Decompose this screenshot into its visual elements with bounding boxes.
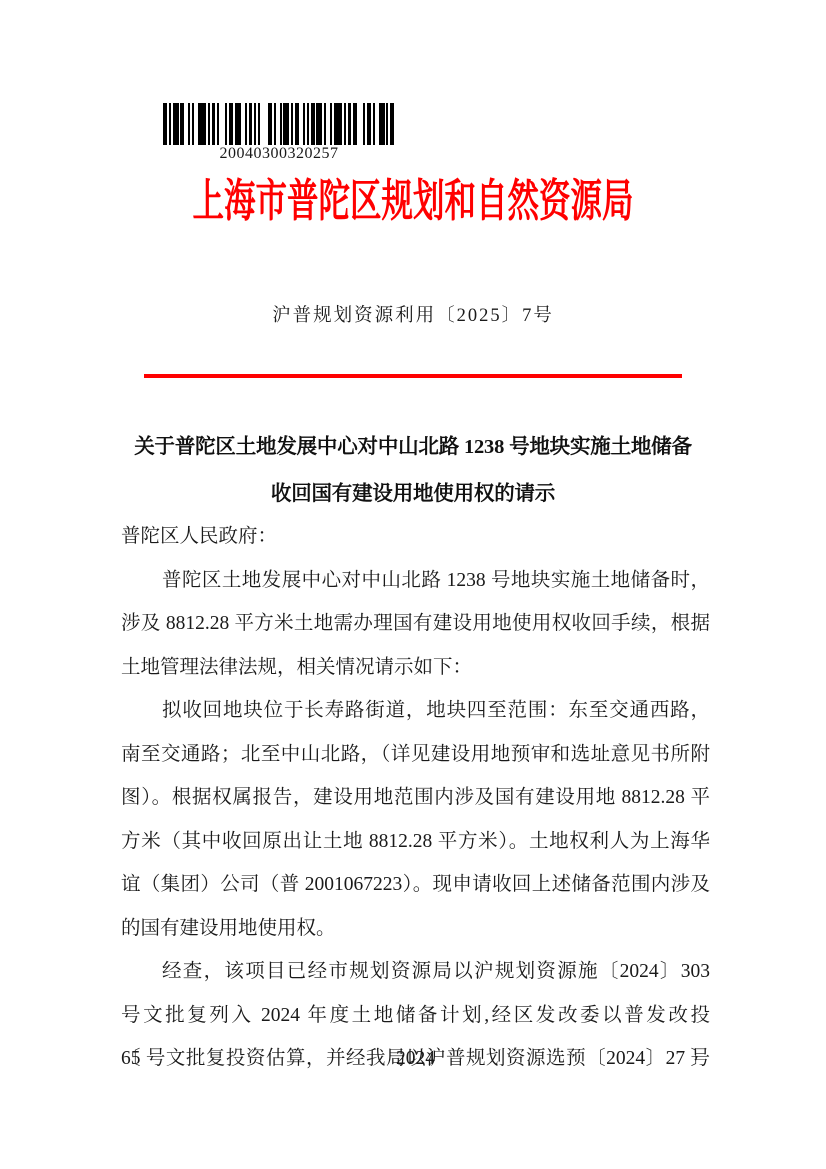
document-title: 关于普陀区土地发展中心对中山北路 1238 号地块实施土地储备 收回国有建设用地…	[118, 424, 708, 518]
body-lines: 普陀区人民政府：普陀区土地发展中心对中山北路 1238 号地块实施土地储备时，涉…	[121, 515, 710, 1081]
body-line: 谊（集团）公司（普 2001067223）。现申请收回上述储备范围内涉及	[121, 863, 710, 907]
body-line: 普陀区人民政府：	[121, 515, 710, 559]
document-title-line1: 关于普陀区土地发展中心对中山北路 1238 号地块实施土地储备	[118, 424, 708, 471]
body-line: 经查，该项目已经市规划资源局以沪规划资源施〔2024〕303	[121, 950, 710, 994]
document-title-line2: 收回国有建设用地使用权的请示	[118, 471, 708, 518]
barcode-image	[163, 103, 395, 145]
doc-reference-number: 沪普规划资源利用〔2025〕7号	[0, 301, 826, 327]
document-page: 20040300320257 上海市普陀区规划和自然资源局 沪普规划资源利用〔2…	[0, 0, 826, 1169]
body-line: 土地管理法律法规，相关情况请示如下：	[121, 646, 710, 690]
barcode-number: 20040300320257	[163, 145, 395, 163]
body-line: 号文批复列入 2024 年度土地储备计划,经区发改委以普发改投〔2024〕	[121, 994, 710, 1038]
body-line: 普陀区土地发展中心对中山北路 1238 号地块实施土地储备时，	[121, 559, 710, 603]
letterhead: 上海市普陀区规划和自然资源局	[0, 167, 826, 225]
body-line: 65 号文批复投资估算，并经我局以沪普规划资源选预〔2024〕27 号	[121, 1037, 710, 1081]
divider-line	[144, 374, 682, 378]
body-line: 南至交通路；北至中山北路，（详见建设用地预审和选址意见书所附	[121, 733, 710, 777]
body-line: 图）。根据权属报告，建设用地范围内涉及国有建设用地 8812.28 平	[121, 776, 710, 820]
body-line: 方米（其中收回原出让土地 8812.28 平方米）。土地权利人为上海华	[121, 820, 710, 864]
body-line: 拟收回地块位于长寿路街道，地块四至范围：东至交通西路，	[121, 689, 710, 733]
body-line: 的国有建设用地使用权。	[121, 907, 710, 951]
body-line: 涉及 8812.28 平方米土地需办理国有建设用地使用权收回手续，根据	[121, 602, 710, 646]
agency-title: 上海市普陀区规划和自然资源局	[192, 164, 633, 229]
